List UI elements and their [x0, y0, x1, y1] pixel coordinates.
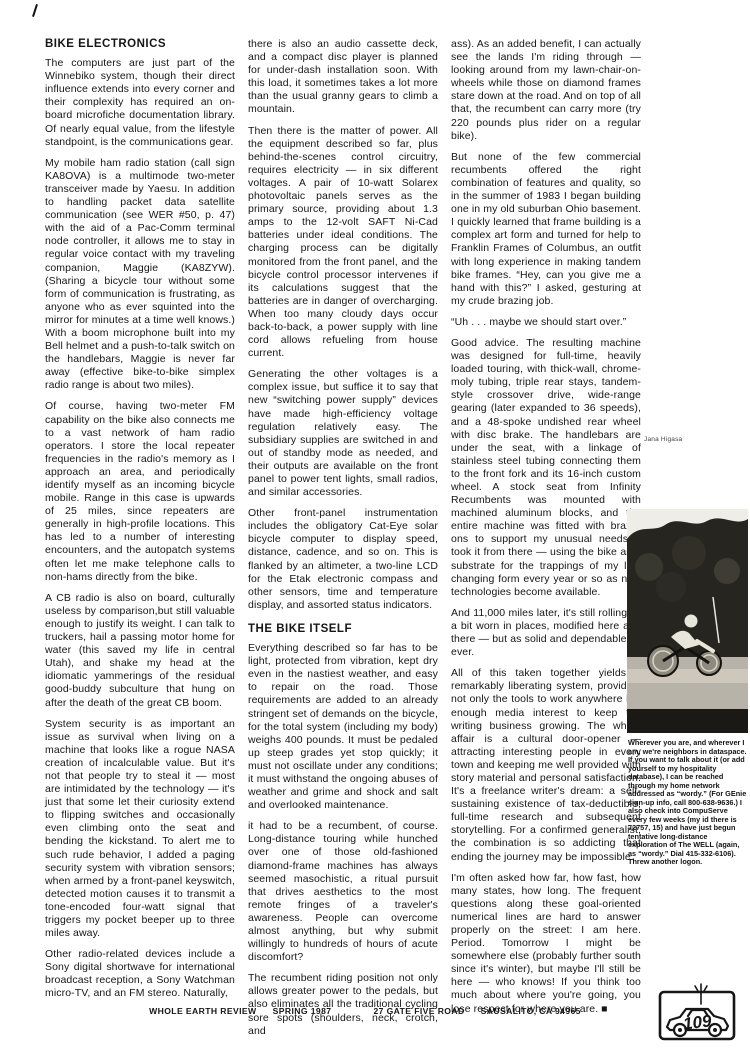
paragraph: System security is as important an issue… — [45, 718, 235, 941]
recumbent-bike-photo — [627, 509, 748, 733]
paragraph: Other radio-related devices include a So… — [45, 948, 235, 1000]
paragraph: Other front-panel instrumentation includ… — [248, 507, 438, 612]
paragraph: it had to be a recumbent, of course. Lon… — [248, 820, 438, 964]
column-3: ass). As an added benefit, I can actuall… — [451, 38, 641, 1046]
photo-credit: Jana Higasa — [644, 436, 682, 443]
paragraph: Of course, having two-meter FM capabilit… — [45, 400, 235, 583]
article-body: BIKE ELECTRONICS The computers are just … — [45, 38, 641, 1046]
paragraph: And 11,000 miles later, it's still rolli… — [451, 607, 641, 659]
paragraph: “Uh . . . maybe we should start over.” — [451, 316, 641, 329]
page-footer: WHOLE EARTH REVIEW SPRING 1987 27 GATE F… — [45, 1006, 685, 1016]
paragraph: Generating the other voltages is a compl… — [248, 368, 438, 499]
paragraph: My mobile ham radio station (call sign K… — [45, 157, 235, 393]
footer-city: SAUSALITO, CA 94965 — [481, 1006, 581, 1016]
recumbent-bike-photo-art — [627, 509, 748, 733]
paragraph: Then there is the matter of power. All t… — [248, 125, 438, 361]
section-heading-bike-electronics: BIKE ELECTRONICS — [45, 38, 235, 51]
paragraph: Good advice. The resulting machine was d… — [451, 337, 641, 599]
section-heading-the-bike-itself: THE BIKE ITSELF — [248, 623, 438, 636]
paragraph: I'm often asked how far, how fast, how m… — [451, 872, 641, 1016]
paragraph: All of this taken together yields a rema… — [451, 667, 641, 863]
paragraph: Everything described so far has to be li… — [248, 642, 438, 812]
footer-issue: SPRING 1987 — [273, 1006, 332, 1016]
footer-address: 27 GATE FIVE ROAD — [373, 1006, 464, 1016]
photo-caption: Wherever you are, and wherever I am, we'… — [628, 739, 747, 867]
page-edge-mark — [32, 4, 38, 17]
paragraph: there is also an audio cassette deck, an… — [248, 38, 438, 117]
page-number: 109 — [682, 1011, 713, 1033]
paragraph: The computers are just part of the Winne… — [45, 57, 235, 149]
magazine-page: BIKE ELECTRONICS The computers are just … — [0, 0, 750, 1050]
footer-journal: WHOLE EARTH REVIEW — [149, 1006, 256, 1016]
car-icon: 109 — [650, 982, 745, 1046]
paragraph: A CB radio is also on board, culturally … — [45, 592, 235, 710]
column-2: there is also an audio cassette deck, an… — [248, 38, 438, 1046]
paragraph: But none of the few commercial recumbent… — [451, 151, 641, 308]
column-1: BIKE ELECTRONICS The computers are just … — [45, 38, 235, 1046]
page-number-stamp: 109 — [650, 982, 745, 1046]
paragraph: ass). As an added benefit, I can actuall… — [451, 38, 641, 143]
